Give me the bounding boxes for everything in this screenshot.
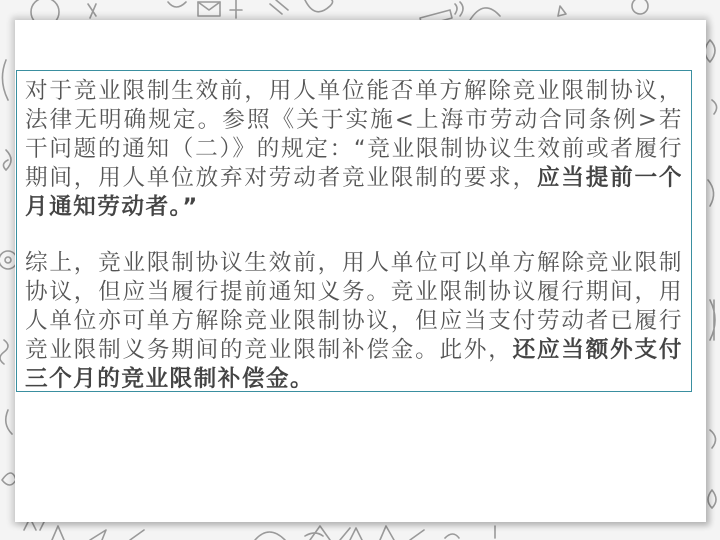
lightbulb-doodle-icon [305, 0, 333, 12]
cup-doodle-icon [168, 2, 186, 7]
eraser-doodle-icon [270, 0, 288, 14]
star-doodle-icon [558, 6, 566, 16]
hook-doodle-icon [6, 410, 12, 434]
slide-panel: 对于竞业限制生效前，用人单位能否单方解除竞业限制协议，法律无明确规定。参照《关于… [15, 20, 706, 522]
pencil-doodle-icon [230, 0, 242, 18]
drop-doodle-icon [708, 490, 716, 508]
content-textbox: 对于竞业限制生效前，用人单位能否单方解除竞业限制协议，法律无明确规定。参照《关于… [16, 70, 692, 392]
spiral-doodle-icon [3, 150, 11, 170]
arc-doodle-icon [2, 60, 8, 100]
kite-doodle-icon [380, 526, 424, 540]
lamp-doodle-icon [710, 300, 715, 340]
leaf-doodle-icon [2, 473, 16, 485]
blob-doodle-icon [712, 100, 717, 114]
rocket-doodle-icon [708, 180, 714, 206]
swirl-doodle-icon [710, 430, 716, 448]
pennant-doodle-icon [52, 526, 64, 540]
scribble-doodle-icon [445, 534, 459, 538]
circle-doodle-icon [632, 0, 648, 14]
paragraph-2: 综上，竞业限制协议生效前，用人单位可以单方解除竞业限制协议，但应当履行提前通知义… [25, 249, 683, 394]
globe-doodle-icon [470, 8, 500, 20]
shield-doodle-icon [705, 40, 715, 62]
paragraph-1: 对于竞业限制生效前，用人单位能否单方解除竞业限制协议，法律无明确规定。参照《关于… [25, 77, 683, 222]
paperplane-doodle-icon [90, 530, 144, 540]
sound-doodle-icon [455, 2, 463, 16]
wave-doodle-icon [0, 340, 8, 364]
bag-doodle-icon [88, 4, 96, 18]
ribbon-doodle-icon [350, 528, 362, 540]
envelope-doodle-icon [198, 2, 220, 16]
